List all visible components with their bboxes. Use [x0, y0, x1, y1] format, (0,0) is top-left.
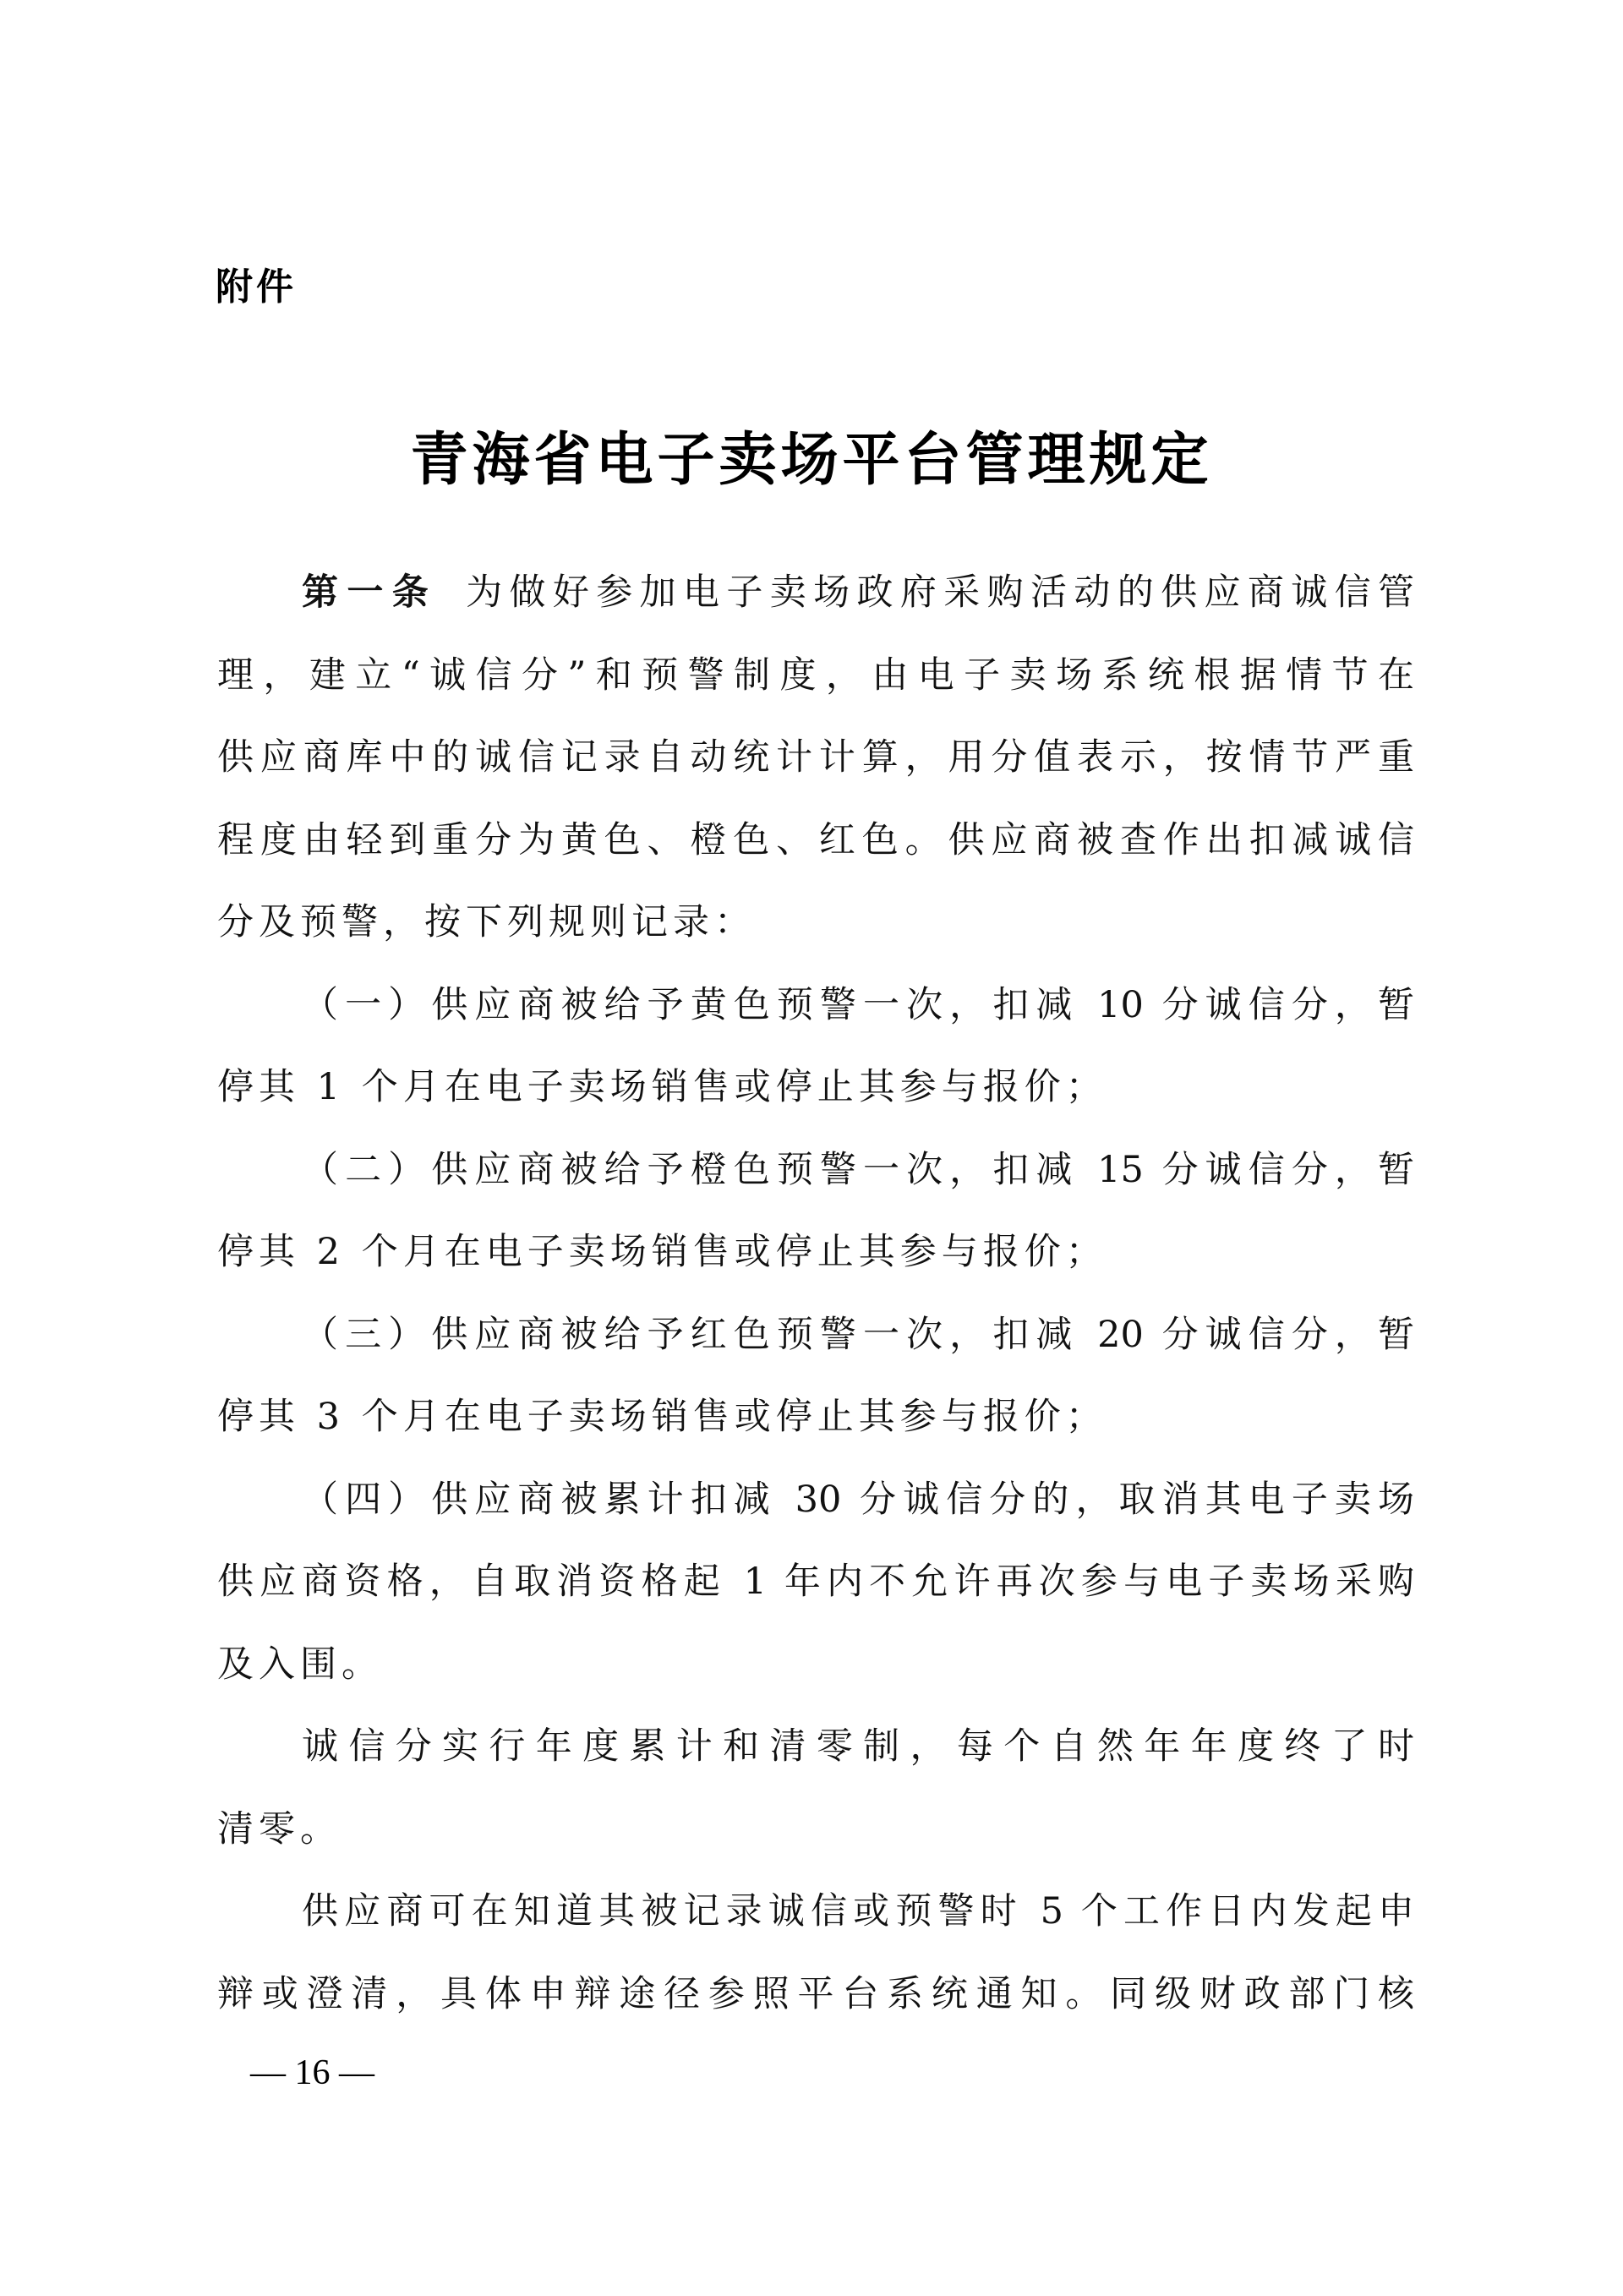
- paragraph-line: 第一条为做好参加电子卖场政府采购活动的供应商诚信管: [217, 552, 1414, 635]
- paragraph-line: 停其 3 个月在电子卖场销售或停止其参与报价；: [217, 1376, 1414, 1459]
- paragraph-line: （三）供应商被给予红色预警一次，扣减 20 分诚信分，暂: [217, 1294, 1414, 1377]
- document-title: 青海省电子卖场平台管理规定: [0, 423, 1623, 499]
- paragraph-line: 停其 1 个月在电子卖场销售或停止其参与报价；: [217, 1047, 1414, 1129]
- attachment-label: 附件: [216, 264, 297, 311]
- article-label: 第一条: [302, 571, 437, 614]
- paragraph-line: 供应商库中的诚信记录自动统计计算，用分值表示，按情节严重: [217, 717, 1414, 800]
- paragraph-line: 程度由轻到重分为黄色、橙色、红色。供应商被查作出扣减诚信: [217, 800, 1414, 883]
- paragraph-line: 辩或澄清，具体申辩途径参照平台系统通知。同级财政部门核: [217, 1954, 1414, 2036]
- paragraph-line: 清零。: [217, 1789, 1414, 1872]
- line-text: 为做好参加电子卖场政府采购活动的供应商诚信管: [466, 571, 1414, 614]
- paragraph-line: 供应商可在知道其被记录诚信或预警时 5 个工作日内发起申: [217, 1871, 1414, 1954]
- paragraph-line: （二）供应商被给予橙色预警一次，扣减 15 分诚信分，暂: [217, 1129, 1414, 1212]
- document-page: 附件 青海省电子卖场平台管理规定 第一条为做好参加电子卖场政府采购活动的供应商诚…: [0, 0, 1623, 2296]
- paragraph-line: 分及预警，按下列规则记录：: [217, 882, 1414, 965]
- paragraph-line: 及入围。: [217, 1624, 1414, 1707]
- article-one-body: 第一条为做好参加电子卖场政府采购活动的供应商诚信管 理，建立“诚信分”和预警制度…: [217, 552, 1414, 2036]
- paragraph-line: 停其 2 个月在电子卖场销售或停止其参与报价；: [217, 1211, 1414, 1294]
- paragraph-line: 诚信分实行年度累计和清零制，每个自然年年度终了时: [217, 1706, 1414, 1789]
- paragraph-line: （四）供应商被累计扣减 30 分诚信分的，取消其电子卖场: [217, 1459, 1414, 1542]
- page-number: — 16 —: [250, 2053, 374, 2093]
- paragraph-line: 供应商资格，自取消资格起 1 年内不允许再次参与电子卖场采购: [217, 1541, 1414, 1624]
- paragraph-line: （一）供应商被给予黄色预警一次，扣减 10 分诚信分，暂: [217, 965, 1414, 1047]
- paragraph-line: 理，建立“诚信分”和预警制度，由电子卖场系统根据情节在: [217, 635, 1414, 718]
